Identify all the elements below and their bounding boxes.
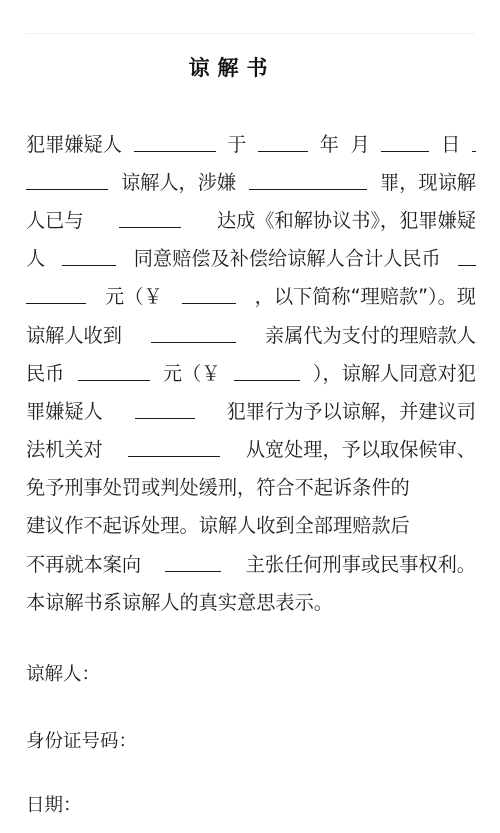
body-line: 不再就本案向主张任何刑事或民事权利。 — [26, 544, 476, 582]
body-text: 元（￥ — [163, 359, 221, 386]
body-text: 人已与 — [26, 206, 84, 233]
body-text: 主张任何刑事或民事权利。 — [246, 550, 476, 577]
blank-fill-field[interactable] — [78, 362, 150, 381]
body-text: 人 — [26, 244, 45, 271]
document-body: 犯罪嫌疑人 于年月日谅解人，涉嫌 罪，现谅解人已与达成《和解协议书》，犯罪嫌疑人… — [26, 124, 476, 620]
body-text: 于 — [227, 130, 246, 157]
body-line: 谅解人收到 亲属代为支付的理赔款人 — [26, 315, 476, 353]
body-text: 建议作不起诉处理。谅解人收到全部理赔款后 — [26, 511, 410, 538]
body-text: 罪嫌疑人 — [26, 397, 103, 424]
blank-fill-field[interactable] — [26, 171, 108, 190]
blank-fill-field[interactable] — [134, 133, 216, 152]
body-text: 月 — [351, 130, 370, 157]
blank-fill-field[interactable] — [128, 438, 220, 457]
id-number-label: 身份证号码： — [26, 727, 137, 753]
body-line: 民币元（￥ ），谅解人同意对犯 — [26, 353, 476, 391]
blank-fill-field[interactable] — [249, 171, 367, 190]
body-text: 日 — [441, 130, 460, 157]
body-line: 法机关对从宽处理，予以取保候审、 — [26, 430, 476, 468]
body-line: 建议作不起诉处理。谅解人收到全部理赔款后 — [26, 506, 476, 544]
blank-fill-field[interactable] — [151, 324, 236, 343]
body-text: 达成《和解协议书》，犯罪嫌疑 — [217, 206, 476, 233]
document-title: 谅解书 — [0, 52, 464, 82]
top-divider — [25, 33, 475, 34]
body-text: 犯罪嫌疑人 — [26, 130, 122, 157]
body-text: 年 — [320, 130, 339, 157]
body-text: 元（￥ — [105, 282, 163, 309]
body-text: 谅解人，涉嫌 — [121, 168, 236, 195]
blank-fill-field[interactable] — [258, 133, 308, 152]
date-label: 日期： — [26, 791, 82, 817]
body-text: 民币 — [26, 359, 64, 386]
blank-fill-field[interactable] — [26, 285, 86, 304]
body-line: 犯罪嫌疑人 于年月日 — [26, 124, 476, 162]
body-text: 不再就本案向 — [26, 550, 141, 577]
forgiver-signature-label: 谅解人： — [26, 660, 100, 686]
blank-fill-field[interactable] — [119, 209, 181, 228]
blank-fill-field[interactable] — [472, 133, 476, 152]
body-text: 法机关对 — [26, 435, 103, 462]
blank-fill-field[interactable] — [458, 247, 476, 266]
body-line: 罪嫌疑人 犯罪行为予以谅解，并建议司 — [26, 391, 476, 429]
blank-fill-field[interactable] — [234, 362, 300, 381]
body-text: 从宽处理，予以取保候审、 — [246, 435, 476, 462]
body-line: 人 同意赔偿及补偿给谅解人合计人民币 — [26, 239, 476, 277]
body-text: 罪，现谅解 — [380, 168, 476, 195]
blank-fill-field[interactable] — [135, 400, 195, 419]
body-text: 犯罪行为予以谅解，并建议司 — [227, 397, 476, 424]
body-line: 人已与达成《和解协议书》，犯罪嫌疑 — [26, 200, 476, 238]
body-text: 亲属代为支付的理赔款人 — [265, 321, 476, 348]
body-text: ，以下简称“理赔款”）。现 — [255, 282, 476, 309]
body-text: 本谅解书系谅解人的真实意思表示。 — [26, 588, 333, 615]
body-text: ），谅解人同意对犯 — [313, 359, 476, 386]
blank-fill-field[interactable] — [165, 553, 221, 572]
body-text: 免予刑事处罚或判处缓刑，符合不起诉条件的 — [26, 473, 410, 500]
body-line: 本谅解书系谅解人的真实意思表示。 — [26, 582, 476, 620]
blank-fill-field[interactable] — [381, 133, 429, 152]
body-line: 免予刑事处罚或判处缓刑，符合不起诉条件的 — [26, 468, 476, 506]
body-text: 谅解人收到 — [26, 321, 122, 348]
body-line: 元（￥ ，以下简称“理赔款”）。现 — [26, 277, 476, 315]
blank-fill-field[interactable] — [182, 285, 236, 304]
body-text: 同意赔偿及补偿给谅解人合计人民币 — [134, 244, 441, 271]
blank-fill-field[interactable] — [62, 247, 116, 266]
body-line: 谅解人，涉嫌 罪，现谅解 — [26, 162, 476, 200]
